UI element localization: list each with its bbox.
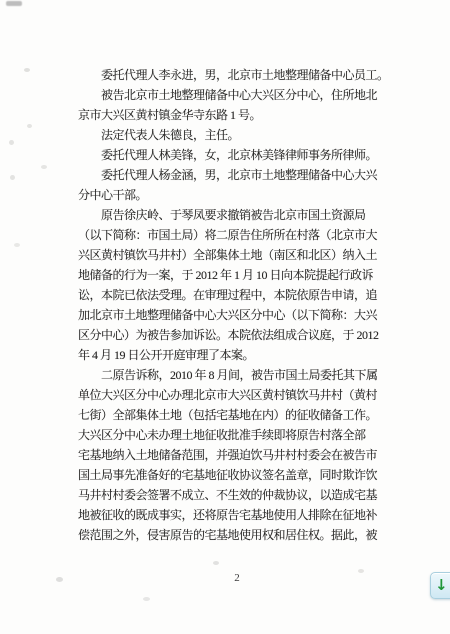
document-line: 分中心干部。 (78, 185, 388, 205)
scan-smudge (27, 124, 32, 128)
document-line: 兴区黄村镇饮马井村）全部集体土地（南区和北区）纳入土 (78, 245, 388, 265)
download-arrow-icon: ↓ (435, 573, 450, 598)
document-line: 宅基地纳入土地储备范围，并强迫饮马井村村委会在被告市 (78, 445, 388, 465)
document-page: 委托代理人李永进，男，北京市土地整理储备中心员工。 被告北京市土地整理储备中心大… (0, 0, 450, 634)
scan-smudge (143, 597, 150, 601)
document-line: 马井村村委会签署不成立、不生效的仲裁协议，以造成宅基 (78, 485, 388, 505)
scan-smudge (24, 68, 30, 72)
document-line: 二原告诉称，2010 年 8 月间，被告市国土局委托其下属 (78, 365, 388, 385)
document-line: 七街）全部集体土地（包括宅基地在内）的征收储备工作。 (78, 405, 388, 425)
download-button[interactable]: ↓ (430, 572, 450, 599)
document-line: 委托代理人李永进，男，北京市土地整理储备中心员工。 (78, 65, 388, 85)
document-line: 加北京市土地整理储备中心大兴区分中心（以下简称：大兴 (78, 305, 388, 325)
document-line: 国土局事先准备好的宅基地征收协议签名盖章，同时欺诈饮 (78, 465, 388, 485)
document-line: 被告北京市土地整理储备中心大兴区分中心，住所地北 (78, 85, 388, 105)
document-line: 偿范围之外，侵害原告的宅基地使用权和居住权。据此，被 (78, 525, 388, 545)
document-line: 单位大兴区分中心办理北京市大兴区黄村镇饮马井村（黄村 (78, 385, 388, 405)
document-line: 大兴区分中心未办理土地征收批准手续即将原告村落全部 (78, 425, 388, 445)
document-line: 京市大兴区黄村镇金华寺东路 1 号。 (78, 105, 388, 125)
document-text-block: 委托代理人李永进，男，北京市土地整理储备中心员工。 被告北京市土地整理储备中心大… (78, 65, 388, 545)
document-line: 原告徐庆岭、于琴凤要求撤销被告北京市国土资源局 (78, 205, 388, 225)
scan-smudge (6, 1, 22, 6)
scan-smudge (56, 577, 63, 582)
document-line: （以下简称：市国土局）将二原告住所所在村落（北京市大 (78, 225, 388, 245)
page-number: 2 (222, 572, 252, 584)
scan-smudge (10, 175, 15, 180)
document-line: 法定代表人朱德良，主任。 (78, 125, 388, 145)
scan-smudge (41, 165, 47, 169)
scan-smudge (14, 243, 20, 247)
document-line: 地储备的行为一案，于 2012 年 1 月 10 日向本院提起行政诉 (78, 265, 388, 285)
scan-smudge (358, 569, 364, 573)
document-line: 委托代理人杨金涵，男，北京市土地整理储备中心大兴 (78, 165, 388, 185)
document-line: 区分中心）为被告参加诉讼。本院依法组成合议庭，于 2012 (78, 325, 388, 345)
document-line: 年 4 月 19 日公开开庭审理了本案。 (78, 345, 388, 365)
document-line: 地被征收的既成事实，还将原告宅基地使用人排除在征地补 (78, 505, 388, 525)
scan-smudge (213, 561, 219, 565)
document-line: 委托代理人林美锋，女，北京林美锋律师事务所律师。 (78, 145, 388, 165)
document-line: 讼，本院已依法受理。在审理过程中，本院依原告申请，追 (78, 285, 388, 305)
scan-smudge (9, 140, 14, 145)
